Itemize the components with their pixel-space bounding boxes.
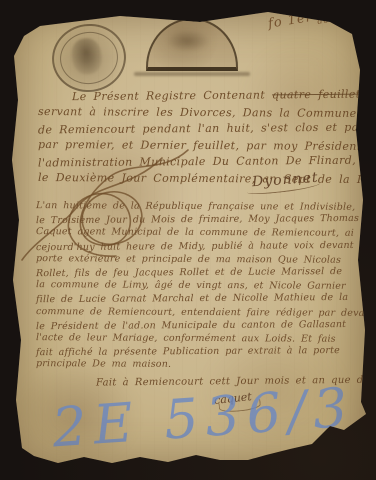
struck-text: quatre feuillets bbox=[272, 88, 367, 102]
stamp-embossing bbox=[166, 30, 210, 52]
folio-number: fo 1er bbox=[267, 10, 314, 32]
folio-annotation: fo 1erdo bbox=[267, 7, 330, 33]
text-line: principale De ma maison. bbox=[36, 358, 370, 373]
publication-act-paragraph: L'an huitième de la République française… bbox=[36, 200, 370, 372]
paper-sheet: fo 1erdo Le Présent Registre Contenant q… bbox=[0, 0, 376, 480]
president-signature: Dyonnet bbox=[252, 170, 319, 191]
text-line: Le Présent Registre Contenant quatre feu… bbox=[38, 87, 368, 106]
document-scan: fo 1erdo Le Présent Registre Contenant q… bbox=[0, 0, 376, 480]
oval-ink-stamp-icon bbox=[48, 19, 131, 97]
folio-ditto: do bbox=[317, 15, 330, 26]
embossed-half-stamp-icon bbox=[146, 18, 238, 71]
text-segment: Le Présent Registre Contenant bbox=[72, 88, 272, 103]
